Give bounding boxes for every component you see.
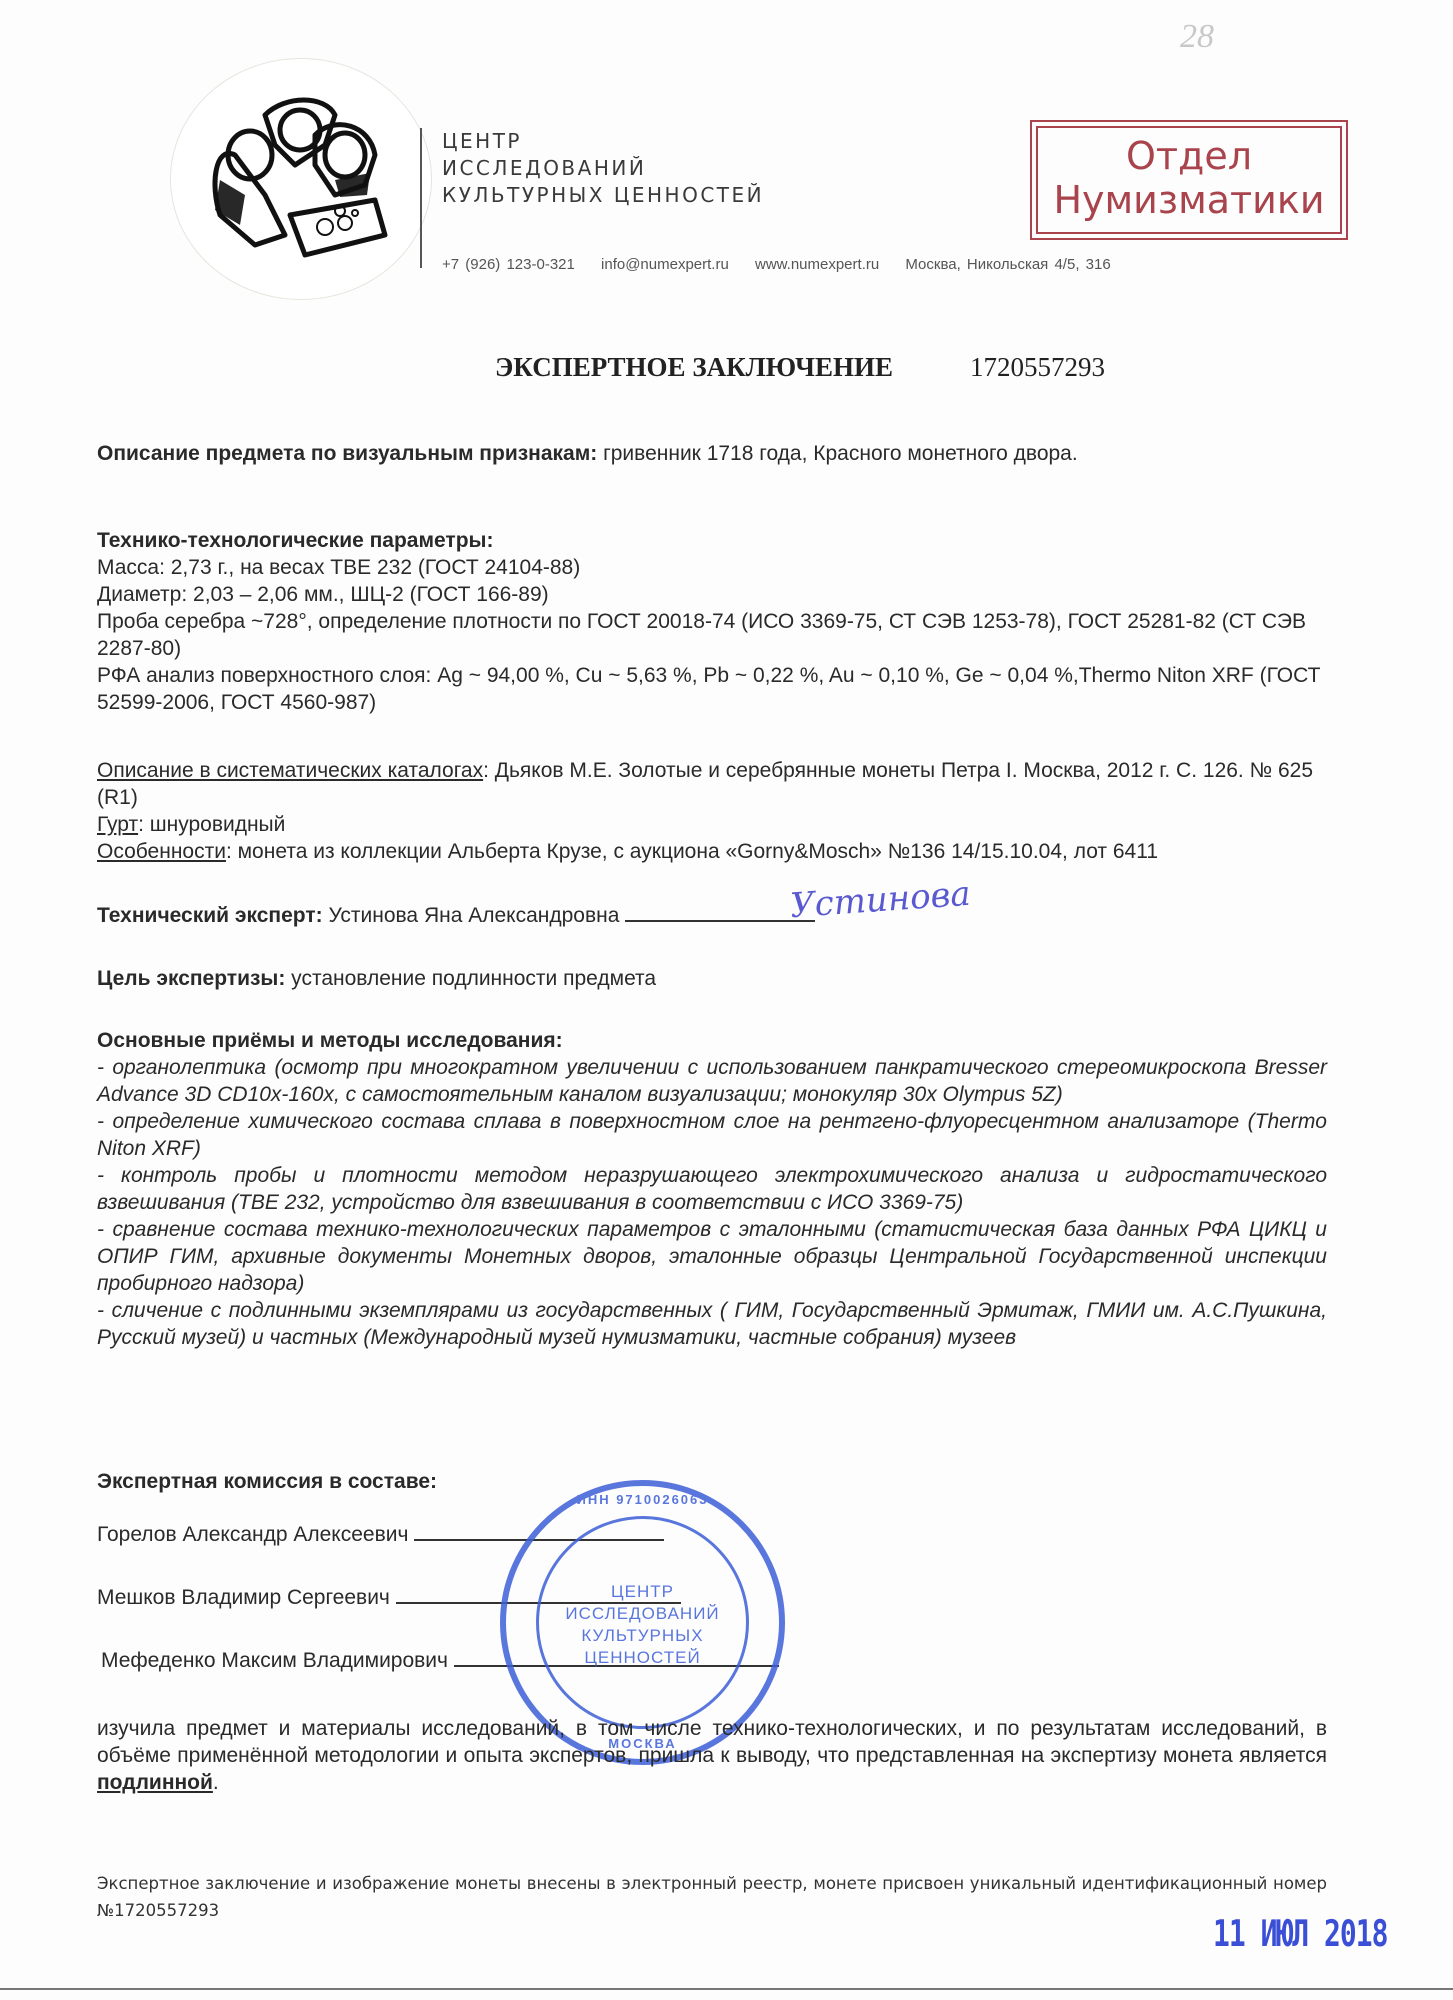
mass-line: Масса: 2,73 г., на весах ТВЕ 232 (ГОСТ 2… <box>97 554 1327 581</box>
document-number: 1720557293 <box>970 352 1105 383</box>
method-item: - сравнение состава технико-технологичес… <box>97 1216 1327 1297</box>
diameter-line: Диаметр: 2,03 – 2,06 мм., ШЦ-2 (ГОСТ 166… <box>97 581 1327 608</box>
catalog-section: Описание в систематических каталогах: Дь… <box>97 757 1327 865</box>
method-item: - определение химического состава сплава… <box>97 1108 1327 1162</box>
method-item: - контроль пробы и плотности методом нер… <box>97 1162 1327 1216</box>
method-item: - органолептика (осмотр при многократном… <box>97 1054 1327 1108</box>
item-description: Описание предмета по визуальным признака… <box>97 440 1327 467</box>
organization-name: ЦЕНТР ИССЛЕДОВАНИЙ КУЛЬТУРНЫХ ЦЕННОСТЕЙ <box>442 128 764 209</box>
fineness-line: Проба серебра ~728°, определение плотнос… <box>97 608 1327 662</box>
examination-goal: Цель экспертизы: установление подлинност… <box>97 965 1327 992</box>
technical-heading: Технико-технологические параметры: <box>97 527 1327 554</box>
verdict: подлинной <box>97 1771 213 1794</box>
registry-note: Экспертное заключение и изображение моне… <box>97 1870 1327 1924</box>
conclusion: изучила предмет и материалы исследований… <box>97 1715 1327 1796</box>
document-title: ЭКСПЕРТНОЕ ЗАКЛЮЧЕНИЕ <box>495 352 893 383</box>
commission-heading: Экспертная комиссия в составе: <box>97 1468 1327 1495</box>
page-number: 28 <box>1180 18 1214 56</box>
department-stamp: Отдел Нумизматики <box>1030 120 1348 240</box>
contacts-line: +7 (926) 123-0-321 info@numexpert.ru www… <box>442 256 1131 273</box>
phone: +7 (926) 123-0-321 <box>442 256 575 273</box>
seal-center-text: ЦЕНТР ИССЛЕДОВАНИЙ КУЛЬТУРНЫХ ЦЕННОСТЕЙ <box>506 1581 779 1669</box>
website: www.numexpert.ru <box>755 256 879 273</box>
page-edge <box>0 1988 1453 1990</box>
experts-illustration-icon <box>195 85 395 265</box>
methods-section: Основные приёмы и методы исследования: -… <box>97 1027 1327 1351</box>
method-item: - сличение с подлинными экземплярами из … <box>97 1297 1327 1351</box>
signature-line <box>625 902 815 922</box>
technical-expert: Технический эксперт: Устинова Яна Алекса… <box>97 902 1327 929</box>
xrf-line: РФА анализ поверхностного слоя: Ag ~ 94,… <box>97 662 1327 716</box>
date-stamp: 11 ИЮЛ 2018 <box>1213 1912 1387 1955</box>
address: Москва, Никольская 4/5, 316 <box>905 256 1110 273</box>
header-divider <box>420 128 422 268</box>
methods-heading: Основные приёмы и методы исследования: <box>97 1027 1327 1054</box>
technical-parameters: Технико-технологические параметры: Масса… <box>97 527 1327 716</box>
email: info@numexpert.ru <box>601 256 729 273</box>
